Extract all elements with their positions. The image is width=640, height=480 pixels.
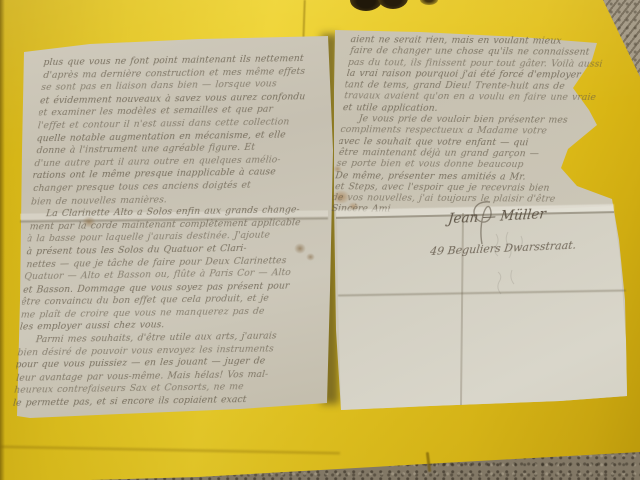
photo-of-letter: plus que vous ne font point maintenant i… bbox=[0, 0, 640, 480]
pencil-ghost-marks bbox=[488, 228, 538, 308]
left-page-handwriting: plus que vous ne font point maintenant i… bbox=[12, 52, 346, 414]
folder-left-edge-shadow bbox=[0, 0, 5, 480]
right-page-handwriting: aient ne serait rien, mais en voulant mi… bbox=[331, 34, 613, 218]
